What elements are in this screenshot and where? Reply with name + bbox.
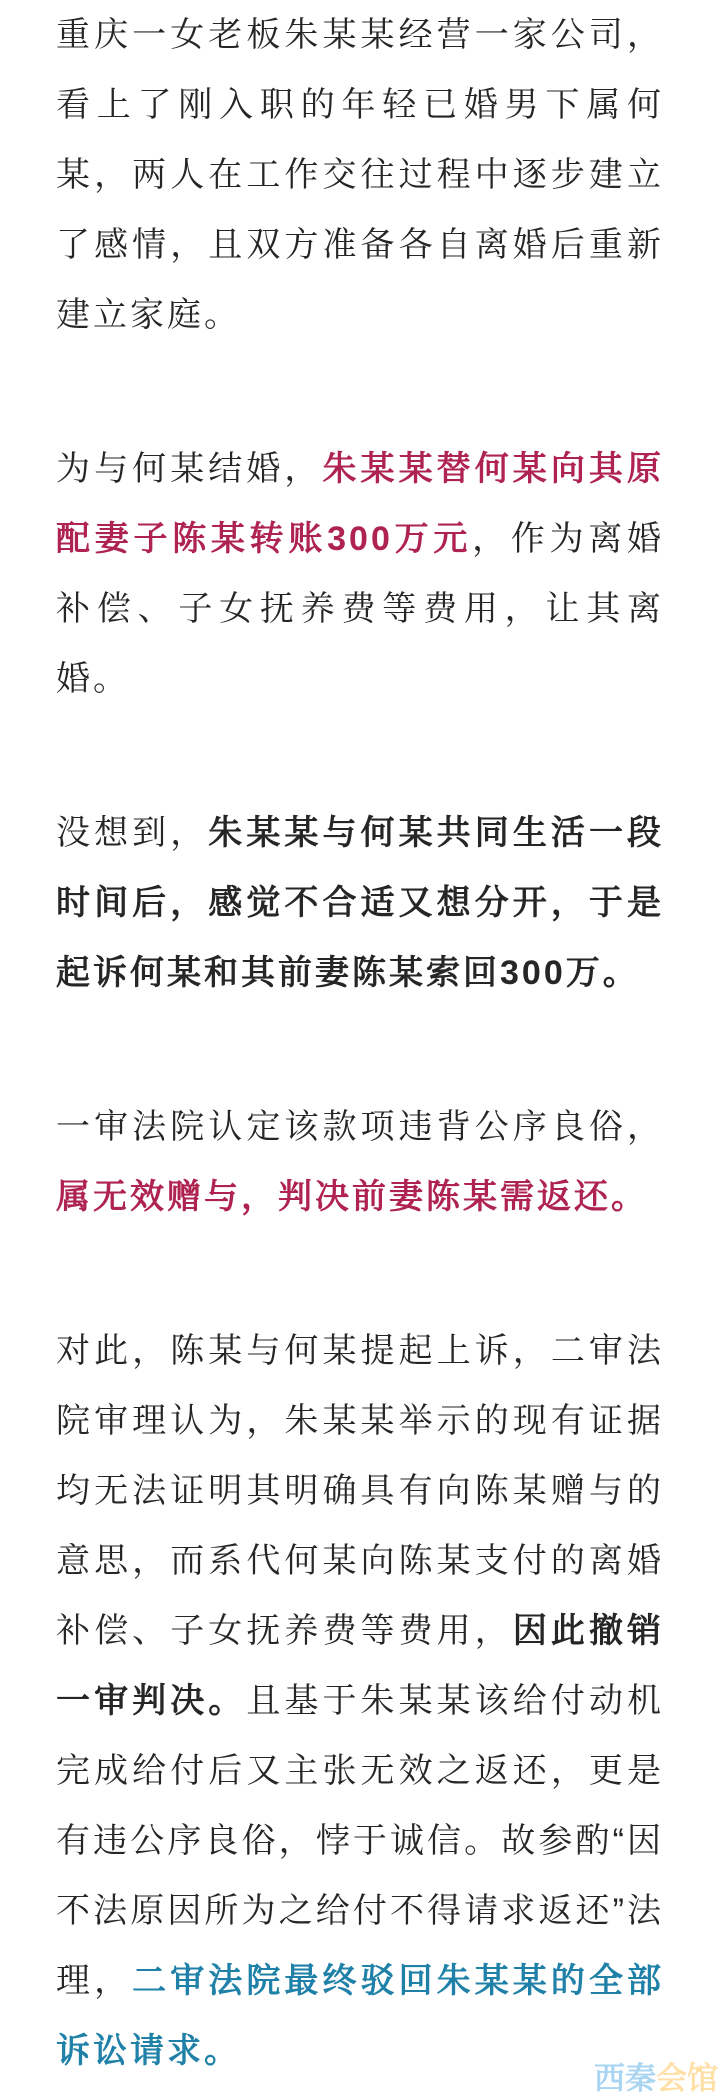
paragraph: 一审法院认定该款项违背公序良俗，属无效赠与，判决前妻陈某需返还。: [56, 1092, 664, 1232]
text-segment-red-bold: 属无效赠与，判决前妻陈某需返还。: [56, 1178, 648, 1216]
text-segment-normal: 重庆一女老板朱某某经营一家公司，看上了刚入职的年轻已婚男下属何某，两人在工作交往…: [56, 16, 664, 334]
watermark-text-huiguan: 会馆: [656, 2061, 718, 2096]
text-segment-normal: 且基于朱某某该给付动机完成给付后又主张无效之返还，更是有违公序良俗，悖于诚信。故…: [56, 1682, 664, 2000]
paragraph: 没想到，朱某某与何某共同生活一段时间后，感觉不合适又想分开，于是起诉何某和其前妻…: [56, 798, 664, 1008]
text-segment-normal: 为与何某结婚，: [56, 450, 322, 488]
article-page: 重庆一女老板朱某某经营一家公司，看上了刚入职的年轻已婚男下属何某，两人在工作交往…: [0, 0, 720, 2099]
paragraph: 重庆一女老板朱某某经营一家公司，看上了刚入职的年轻已婚男下属何某，两人在工作交往…: [56, 0, 664, 350]
watermark-text-xiqin: 西秦: [594, 2061, 656, 2096]
article-body: 重庆一女老板朱某某经营一家公司，看上了刚入职的年轻已婚男下属何某，两人在工作交往…: [0, 0, 720, 2086]
text-segment-blue-bold: 二审法院最终驳回朱某某的全部诉讼请求。: [56, 1962, 664, 2070]
paragraph: 为与何某结婚，朱某某替何某向其原配妻子陈某转账300万元，作为离婚补偿、子女抚养…: [56, 434, 664, 714]
text-segment-normal: 没想到，: [56, 814, 208, 852]
text-segment-normal: 对此，陈某与何某提起上诉，二审法院审理认为，朱某某举示的现有证据均无法证明其明确…: [56, 1332, 664, 1650]
watermark-logo: 西秦会馆: [594, 2063, 718, 2094]
text-segment-normal: 一审法院认定该款项违背公序良俗，: [56, 1108, 664, 1146]
paragraph: 对此，陈某与何某提起上诉，二审法院审理认为，朱某某举示的现有证据均无法证明其明确…: [56, 1316, 664, 2086]
